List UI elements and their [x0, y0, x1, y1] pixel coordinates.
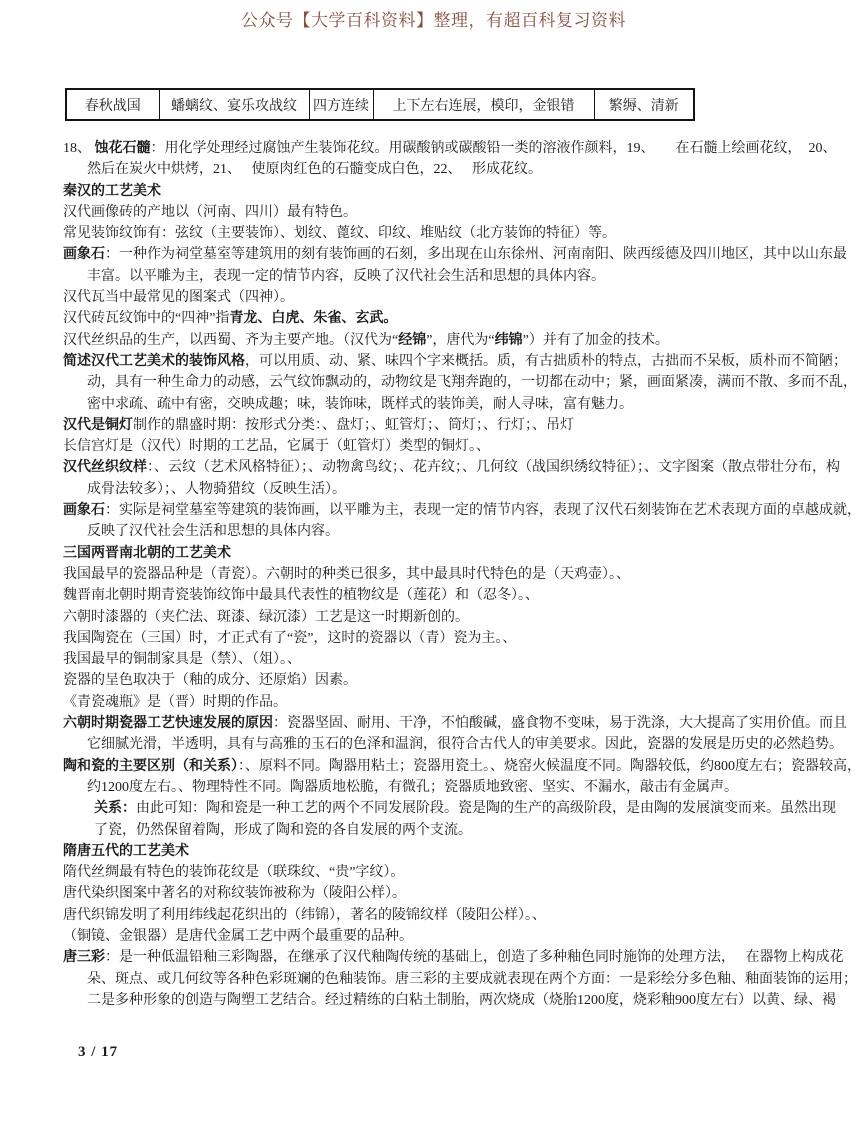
text-line: 简述汉代工艺美术的装饰风格，可以用质、动、紧、味四个字来概括。质，有古拙质朴的特…: [63, 351, 849, 372]
text-segment: 由此可知：陶和瓷是一种工艺的两个不同发展阶段。瓷是陶的生产的高级阶段，是由陶的发…: [136, 801, 836, 816]
bold-term: 三国两晋南北朝的工艺美术: [63, 546, 231, 561]
bold-term: 隋唐五代的工艺美术: [63, 844, 189, 859]
era-table-cell: 蟠螭纹、宴乐攻战纹: [159, 89, 309, 120]
text-segment: 六朝时漆器的（夹伫法、斑漆、绿沉漆）工艺是这一时期新创的。: [63, 610, 469, 625]
text-segment: 长信宫灯是（汉代）时期的工艺品，它属于（虹管灯）类型的铜灯。、: [63, 439, 490, 454]
bold-term: 六朝时期瓷器工艺快速发展的原因: [63, 716, 273, 731]
bold-term: 汉代是铜灯: [63, 418, 133, 433]
text-line: 我国最早的铜制家具是（禁）、（俎）。、: [63, 649, 849, 670]
text-segment: 然后在炭火中烘烤，21、 使原肉红色的石髓变成白色，22、 形成花纹。: [87, 162, 542, 177]
text-line: 常见装饰纹饰有：弦纹（主要装饰）、划纹、蓖纹、印纹、堆贴纹（北方装饰的特征）等。: [63, 223, 849, 244]
text-line: 画象石：一种作为祠堂墓室等建筑用的刻有装饰画的石刻，多出现在山东徐州、河南南阳、…: [63, 244, 849, 265]
text-segment: 我国最早的铜制家具是（禁）、（俎）。、: [63, 652, 301, 667]
text-line: 长信宫灯是（汉代）时期的工艺品，它属于（虹管灯）类型的铜灯。、: [63, 436, 849, 457]
text-segment: ：实际是祠堂墓室等建筑的装饰画，以平雕为主，表现一定的情节内容，表现了汉代石刻装…: [105, 503, 861, 518]
era-table-cell: 繁缛、清新: [594, 89, 694, 120]
text-segment: 它细腻光滑，半透明，具有与高雅的玉石的色泽和温润，很符合古代人的审美要求。因此，…: [87, 737, 843, 752]
text-segment: ：、云纹（艺术风格特征）；、动物禽鸟纹；、花卉纹；、几何纹（战国织绣纹特征）；、…: [147, 460, 840, 475]
bold-term: 经锦: [398, 333, 426, 348]
bold-term: 唐三彩: [63, 950, 105, 965]
text-segment: ：一种作为祠堂墓室等建筑用的刻有装饰画的石刻，多出现在山东徐州、河南南阳、陕西绥…: [105, 247, 847, 262]
text-segment: ”）并有了加金的技术。: [523, 333, 669, 348]
text-line: 陶和瓷的主要区别（和关系）：、原料不同。陶器用粘土；瓷器用瓷土。、烧窑火候温度不…: [63, 756, 849, 777]
text-segment: 隋代丝绸最有特色的装饰花纹是（联珠纹、“贵”字纹）。: [63, 865, 404, 880]
text-segment: 汉代画像砖的产地以（河南、四川）最有特色。: [63, 205, 357, 220]
text-line: 隋代丝绸最有特色的装饰花纹是（联珠纹、“贵”字纹）。: [63, 862, 849, 883]
text-segment: 反映了汉代社会生活和思想的具体内容。: [87, 524, 339, 539]
text-segment: 制作的鼎盛时期：按形式分类：、盘灯；、虹管灯；、筒灯；、行灯；、吊灯: [133, 418, 574, 433]
text-line: 朵、斑点、或几何纹等各种色彩斑斓的色釉装饰。唐三彩的主要成就表现在两个方面：一是…: [63, 969, 849, 990]
text-segment: 常见装饰纹饰有：弦纹（主要装饰）、划纹、蓖纹、印纹、堆贴纹（北方装饰的特征）等。: [63, 226, 616, 241]
text-line: 成骨法较多）；、人物骑猎纹（反映生活）。: [63, 479, 849, 500]
era-table-cell: 四方连续: [309, 89, 373, 120]
text-line: 唐三彩：是一种低温铅釉三彩陶器，在继承了汉代釉陶传统的基础上，创造了多种釉色同时…: [63, 947, 849, 968]
text-line: 我国陶瓷在（三国）时，才正式有了“瓷”，这时的瓷器以（青）瓷为主。、: [63, 628, 849, 649]
bold-term: 简述汉代工艺美术的装饰风格: [63, 354, 245, 369]
text-segment: 唐代染织图案中著名的对称纹装饰被称为（陵阳公样）。: [63, 886, 406, 901]
text-segment: ：瓷器坚固、耐用、干净，不怕酸碱，盛食物不变味，易于洗涤，大大提高了实用价值。而…: [273, 716, 847, 731]
page-header-title: 公众号【大学百科资料】整理，有超百科复习资料: [0, 6, 867, 31]
text-line: 反映了汉代社会生活和思想的具体内容。: [63, 521, 849, 542]
bold-term: 画象石: [63, 503, 105, 518]
bold-term: 关系：: [94, 801, 136, 816]
text-line: 魏晋南北朝时期青瓷装饰纹饰中最具代表性的植物纹是（莲花）和（忍冬）。、: [63, 585, 849, 606]
text-line: 唐代染织图案中著名的对称纹装饰被称为（陵阳公样）。: [63, 883, 849, 904]
text-line: 汉代是铜灯制作的鼎盛时期：按形式分类：、盘灯；、虹管灯；、筒灯；、行灯；、吊灯: [63, 415, 849, 436]
text-segment: 我国最早的瓷器品种是（青瓷）。六朝时的种类已很多，其中最具时代特色的是（天鸡壶）…: [63, 567, 630, 582]
text-line: 六朝时漆器的（夹伫法、斑漆、绿沉漆）工艺是这一时期新创的。: [63, 607, 849, 628]
era-table: 春秋战国蟠螭纹、宴乐攻战纹四方连续上下左右连展，模印，金银错繁缛、清新: [65, 88, 695, 121]
text-line: 二是多种形象的创造与陶塑工艺结合。经过精练的白粘土制胎，两次烧成（烧胎1200度…: [63, 990, 849, 1011]
text-segment: ：用化学处理经过腐蚀产生装饰花纹。用碳酸钠或碳酸铅一类的溶液作颜料，19、 在石…: [151, 141, 837, 156]
text-line: 18、 蚀花石髓：用化学处理经过腐蚀产生装饰花纹。用碳酸钠或碳酸铅一类的溶液作颜…: [63, 138, 849, 159]
text-segment: （铜镜、金银器）是唐代金属工艺中两个最重要的品种。: [63, 929, 413, 944]
text-line: 约1200度左右。、物理特性不同。陶器质地松脆，有微孔；瓷器质地致密、坚实、不漏…: [63, 777, 849, 798]
text-line: 秦汉的工艺美术: [63, 181, 849, 202]
text-segment: ，可以用质、动、紧、味四个字来概括。质，有古拙质朴的特点，古拙而不呆板，质朴而不…: [245, 354, 847, 369]
bold-term: 画象石: [63, 247, 105, 262]
text-segment: 汉代瓦当中最常见的图案式（四神）。: [63, 290, 294, 305]
bold-term: 蚀花石髓: [95, 141, 151, 156]
text-segment: 18、: [63, 141, 95, 156]
text-line: 了瓷，仍然保留着陶，形成了陶和瓷的各自发展的两个支流。: [63, 820, 849, 841]
text-segment: 朵、斑点、或几何纹等各种色彩斑斓的色釉装饰。唐三彩的主要成就表现在两个方面：一是…: [87, 972, 857, 987]
text-line: 关系：由此可知：陶和瓷是一种工艺的两个不同发展阶段。瓷是陶的生产的高级阶段，是由…: [63, 798, 849, 819]
text-line: 汉代砖瓦纹饰中的“四神”指青龙、白虎、朱雀、玄武。: [63, 308, 849, 329]
text-line: 它细腻光滑，半透明，具有与高雅的玉石的色泽和温润，很符合古代人的审美要求。因此，…: [63, 734, 849, 755]
text-line: 密中求疏、疏中有密，交映成趣；味，装饰味，既样式的装饰美，耐人寻味，富有魅力。: [63, 394, 849, 415]
text-segment: 成骨法较多）；、人物骑猎纹（反映生活）。: [87, 482, 346, 497]
text-line: 唐代织锦发明了利用纬线起花织出的（纬锦），著名的陵锦纹样（陵阳公样）。、: [63, 905, 849, 926]
bold-term: 陶和瓷的主要区别（和关系）: [63, 759, 238, 774]
document-page: 公众号【大学百科资料】整理，有超百科复习资料 春秋战国蟠螭纹、宴乐攻战纹四方连续…: [0, 0, 867, 1122]
text-segment: 《青瓷魂瓶》是（晋）时期的作品。: [63, 695, 287, 710]
text-segment: ：、原料不同。陶器用粘土；瓷器用瓷土。、烧窑火候温度不同。陶器较低，约800度左…: [238, 759, 861, 774]
text-line: 然后在炭火中烘烤，21、 使原肉红色的石髓变成白色，22、 形成花纹。: [63, 159, 849, 180]
text-segment: 汉代砖瓦纹饰中的“四神”指: [63, 311, 229, 326]
text-segment: 魏晋南北朝时期青瓷装饰纹饰中最具代表性的植物纹是（莲花）和（忍冬）。、: [63, 588, 539, 603]
text-segment: 瓷器的呈色取决于（釉的成分、还原焰）因素。: [63, 673, 357, 688]
text-line: 汉代丝织纹样：、云纹（艺术风格特征）；、动物禽鸟纹；、花卉纹；、几何纹（战国织绣…: [63, 457, 849, 478]
text-line: 《青瓷魂瓶》是（晋）时期的作品。: [63, 692, 849, 713]
document-body: 18、 蚀花石髓：用化学处理经过腐蚀产生装饰花纹。用碳酸钠或碳酸铅一类的溶液作颜…: [63, 138, 849, 1011]
text-segment: 二是多种形象的创造与陶塑工艺结合。经过精练的白粘土制胎，两次烧成（烧胎1200度…: [87, 993, 836, 1008]
text-segment: 密中求疏、疏中有密，交映成趣；味，装饰味，既样式的装饰美，耐人寻味，富有魅力。: [87, 397, 633, 412]
text-line: 汉代丝织品的生产，以西蜀、齐为主要产地。（汉代为“经锦”，唐代为“纬锦”）并有了…: [63, 330, 849, 351]
text-line: 六朝时期瓷器工艺快速发展的原因：瓷器坚固、耐用、干净，不怕酸碱，盛食物不变味，易…: [63, 713, 849, 734]
text-line: 画象石：实际是祠堂墓室等建筑的装饰画，以平雕为主，表现一定的情节内容，表现了汉代…: [63, 500, 849, 521]
bold-term: 汉代丝织纹样: [63, 460, 147, 475]
text-line: 丰富。以平雕为主，表现一定的情节内容，反映了汉代社会生活和思想的具体内容。: [63, 266, 849, 287]
bold-term: 秦汉的工艺美术: [63, 184, 161, 199]
page-number: 3 / 17: [78, 1044, 118, 1061]
era-table-cell: 上下左右连展，模印，金银错: [373, 89, 594, 120]
text-line: 三国两晋南北朝的工艺美术: [63, 543, 849, 564]
bold-term: 青龙、白虎、朱雀、玄武。: [229, 311, 397, 326]
text-segment: 唐代织锦发明了利用纬线起花织出的（纬锦），著名的陵锦纹样（陵阳公样）。、: [63, 908, 546, 923]
text-segment: ”，唐代为“: [426, 333, 494, 348]
text-line: 瓷器的呈色取决于（釉的成分、还原焰）因素。: [63, 670, 849, 691]
text-line: 汉代瓦当中最常见的图案式（四神）。: [63, 287, 849, 308]
text-line: 隋唐五代的工艺美术: [63, 841, 849, 862]
bold-term: 纬锦: [495, 333, 523, 348]
text-segment: 汉代丝织品的生产，以西蜀、齐为主要产地。（汉代为“: [63, 333, 398, 348]
text-segment: 了瓷，仍然保留着陶，形成了陶和瓷的各自发展的两个支流。: [94, 823, 472, 838]
text-line: 我国最早的瓷器品种是（青瓷）。六朝时的种类已很多，其中最具时代特色的是（天鸡壶）…: [63, 564, 849, 585]
era-table-cell: 春秋战国: [66, 89, 159, 120]
era-table-row: 春秋战国蟠螭纹、宴乐攻战纹四方连续上下左右连展，模印，金银错繁缛、清新: [66, 89, 694, 120]
text-segment: 约1200度左右。、物理特性不同。陶器质地松脆，有微孔；瓷器质地致密、坚实、不漏…: [87, 780, 738, 795]
text-segment: 动，具有一种生命力的动感，云气纹饰飘动的，动物纹是飞翔奔跑的，一切都在动中；紧，…: [87, 375, 857, 390]
text-line: 汉代画像砖的产地以（河南、四川）最有特色。: [63, 202, 849, 223]
text-segment: 丰富。以平雕为主，表现一定的情节内容，反映了汉代社会生活和思想的具体内容。: [87, 269, 605, 284]
text-line: 动，具有一种生命力的动感，云气纹饰飘动的，动物纹是飞翔奔跑的，一切都在动中；紧，…: [63, 372, 849, 393]
text-segment: 我国陶瓷在（三国）时，才正式有了“瓷”，这时的瓷器以（青）瓷为主。、: [63, 631, 516, 646]
text-segment: ：是一种低温铅釉三彩陶器，在继承了汉代釉陶传统的基础上，创造了多种釉色同时施饰的…: [105, 950, 844, 965]
text-line: （铜镜、金银器）是唐代金属工艺中两个最重要的品种。: [63, 926, 849, 947]
